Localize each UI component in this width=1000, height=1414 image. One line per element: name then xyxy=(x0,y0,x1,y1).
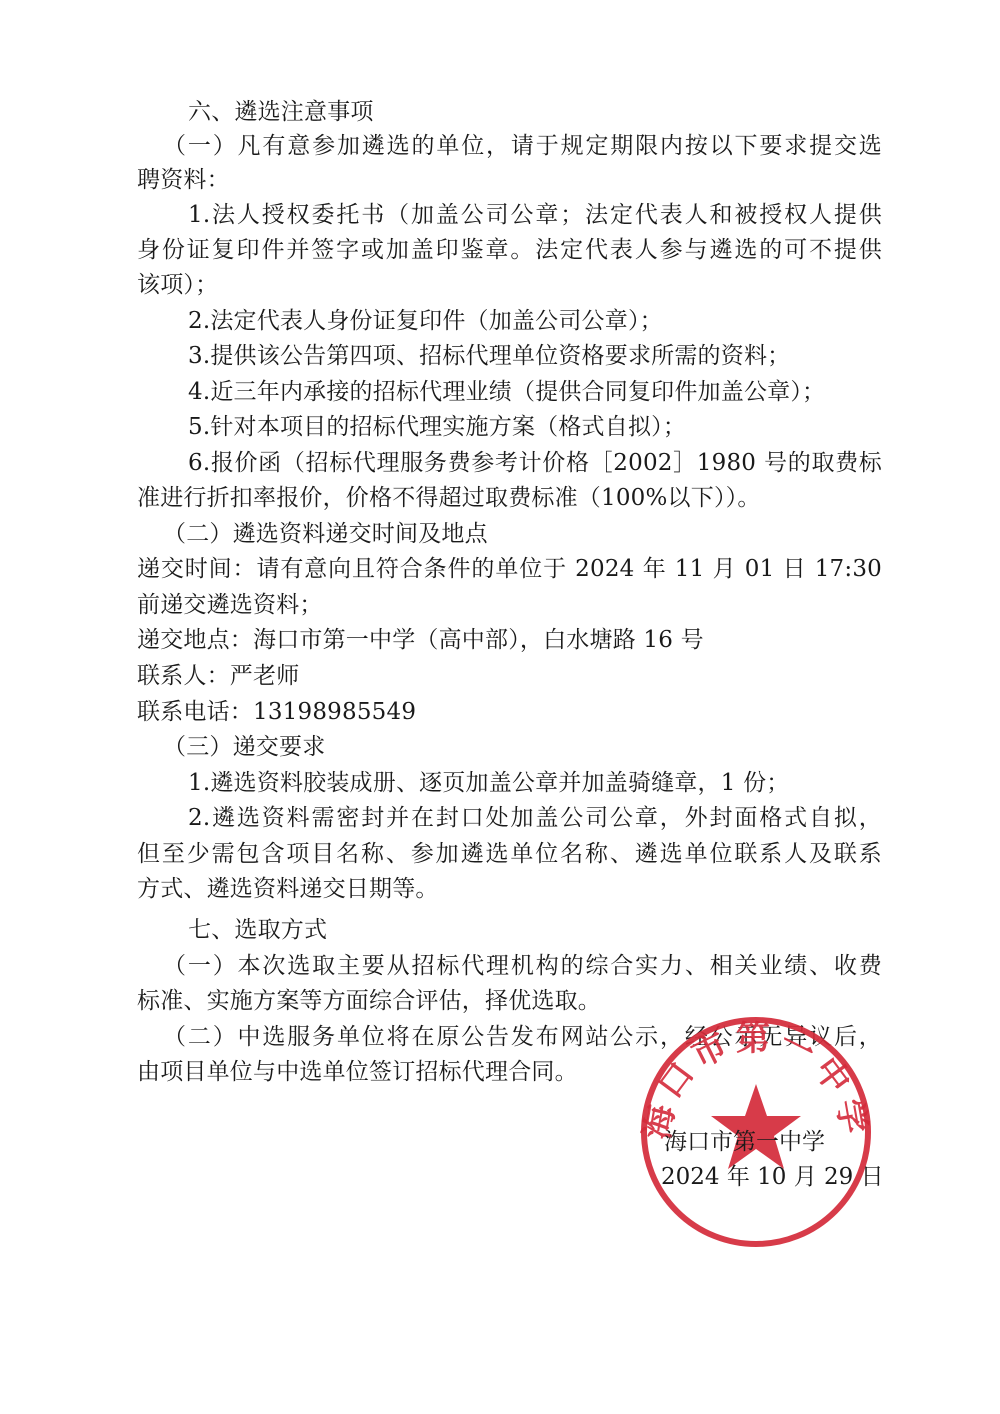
section-heading-6: 六、遴选注意事项 xyxy=(188,97,588,127)
submission-time-line: 递交时间：请有意向且符合条件的单位于 2024 年 11 月 01 日 17:3… xyxy=(137,554,882,584)
list-item-line: 但至少需包含项目名称、参加遴选单位名称、遴选单位联系人及联系 xyxy=(137,839,882,869)
section-heading-7: 七、选取方式 xyxy=(188,915,933,945)
submission-address-line: 递交地点：海口市第一中学（高中部），白水塘路 16 号 xyxy=(137,625,882,655)
submission-time-line: 前递交遴选资料； xyxy=(137,590,882,620)
list-item-line: 该项）； xyxy=(137,270,882,300)
list-item-line: 2.遴选资料需密封并在封口处加盖公司公章，外封面格式自拟， xyxy=(188,803,882,833)
list-item-line: 方式、遴选资料递交日期等。 xyxy=(137,874,882,904)
list-item-line: 2.法定代表人身份证复印件（加盖公司公章）； xyxy=(188,306,933,336)
list-item-line: 5.针对本项目的招标代理实施方案（格式自拟）； xyxy=(188,412,933,442)
list-item-line: 1.法人授权委托书（加盖公司公章；法定代表人和被授权人提供 xyxy=(188,200,882,230)
subsection-heading: （三）递交要求 xyxy=(163,732,908,762)
list-item-line: 6.报价函（招标代理服务费参考计价格［2002］1980 号的取费标 xyxy=(188,448,882,478)
list-item-line: 身份证复印件并签字或加盖印鉴章。法定代表人参与遴选的可不提供 xyxy=(137,235,882,265)
signature-organization: 海口市第一中学 xyxy=(664,1127,825,1157)
list-item-line: 准进行折扣率报价，价格不得超过取费标准（100%以下））。 xyxy=(137,483,882,513)
subsection-heading: （二）遴选资料递交时间及地点 xyxy=(163,519,908,549)
contact-phone-line: 联系电话：13198985549 xyxy=(137,697,882,727)
list-item-line: 4.近三年内承接的招标代理业绩（提供合同复印件加盖公章）； xyxy=(188,377,933,407)
list-item-line: 1.遴选资料胶装成册、逐页加盖公章并加盖骑缝章，1 份； xyxy=(188,768,933,798)
list-item-line: 3.提供该公告第四项、招标代理单位资格要求所需的资料； xyxy=(188,341,933,371)
signature-date: 2024 年 10 月 29 日 xyxy=(661,1162,884,1192)
paragraph-line: 聘资料： xyxy=(137,165,882,195)
contact-person-line: 联系人：严老师 xyxy=(137,661,882,691)
paragraph-line: （一）凡有意参加遴选的单位，请于规定期限内按以下要求提交选 xyxy=(163,131,882,161)
paragraph-line: （一）本次选取主要从招标代理机构的综合实力、相关业绩、收费 xyxy=(163,951,882,981)
document-page: 六、遴选注意事项 （一）凡有意参加遴选的单位，请于规定期限内按以下要求提交选 聘… xyxy=(0,0,1000,1414)
